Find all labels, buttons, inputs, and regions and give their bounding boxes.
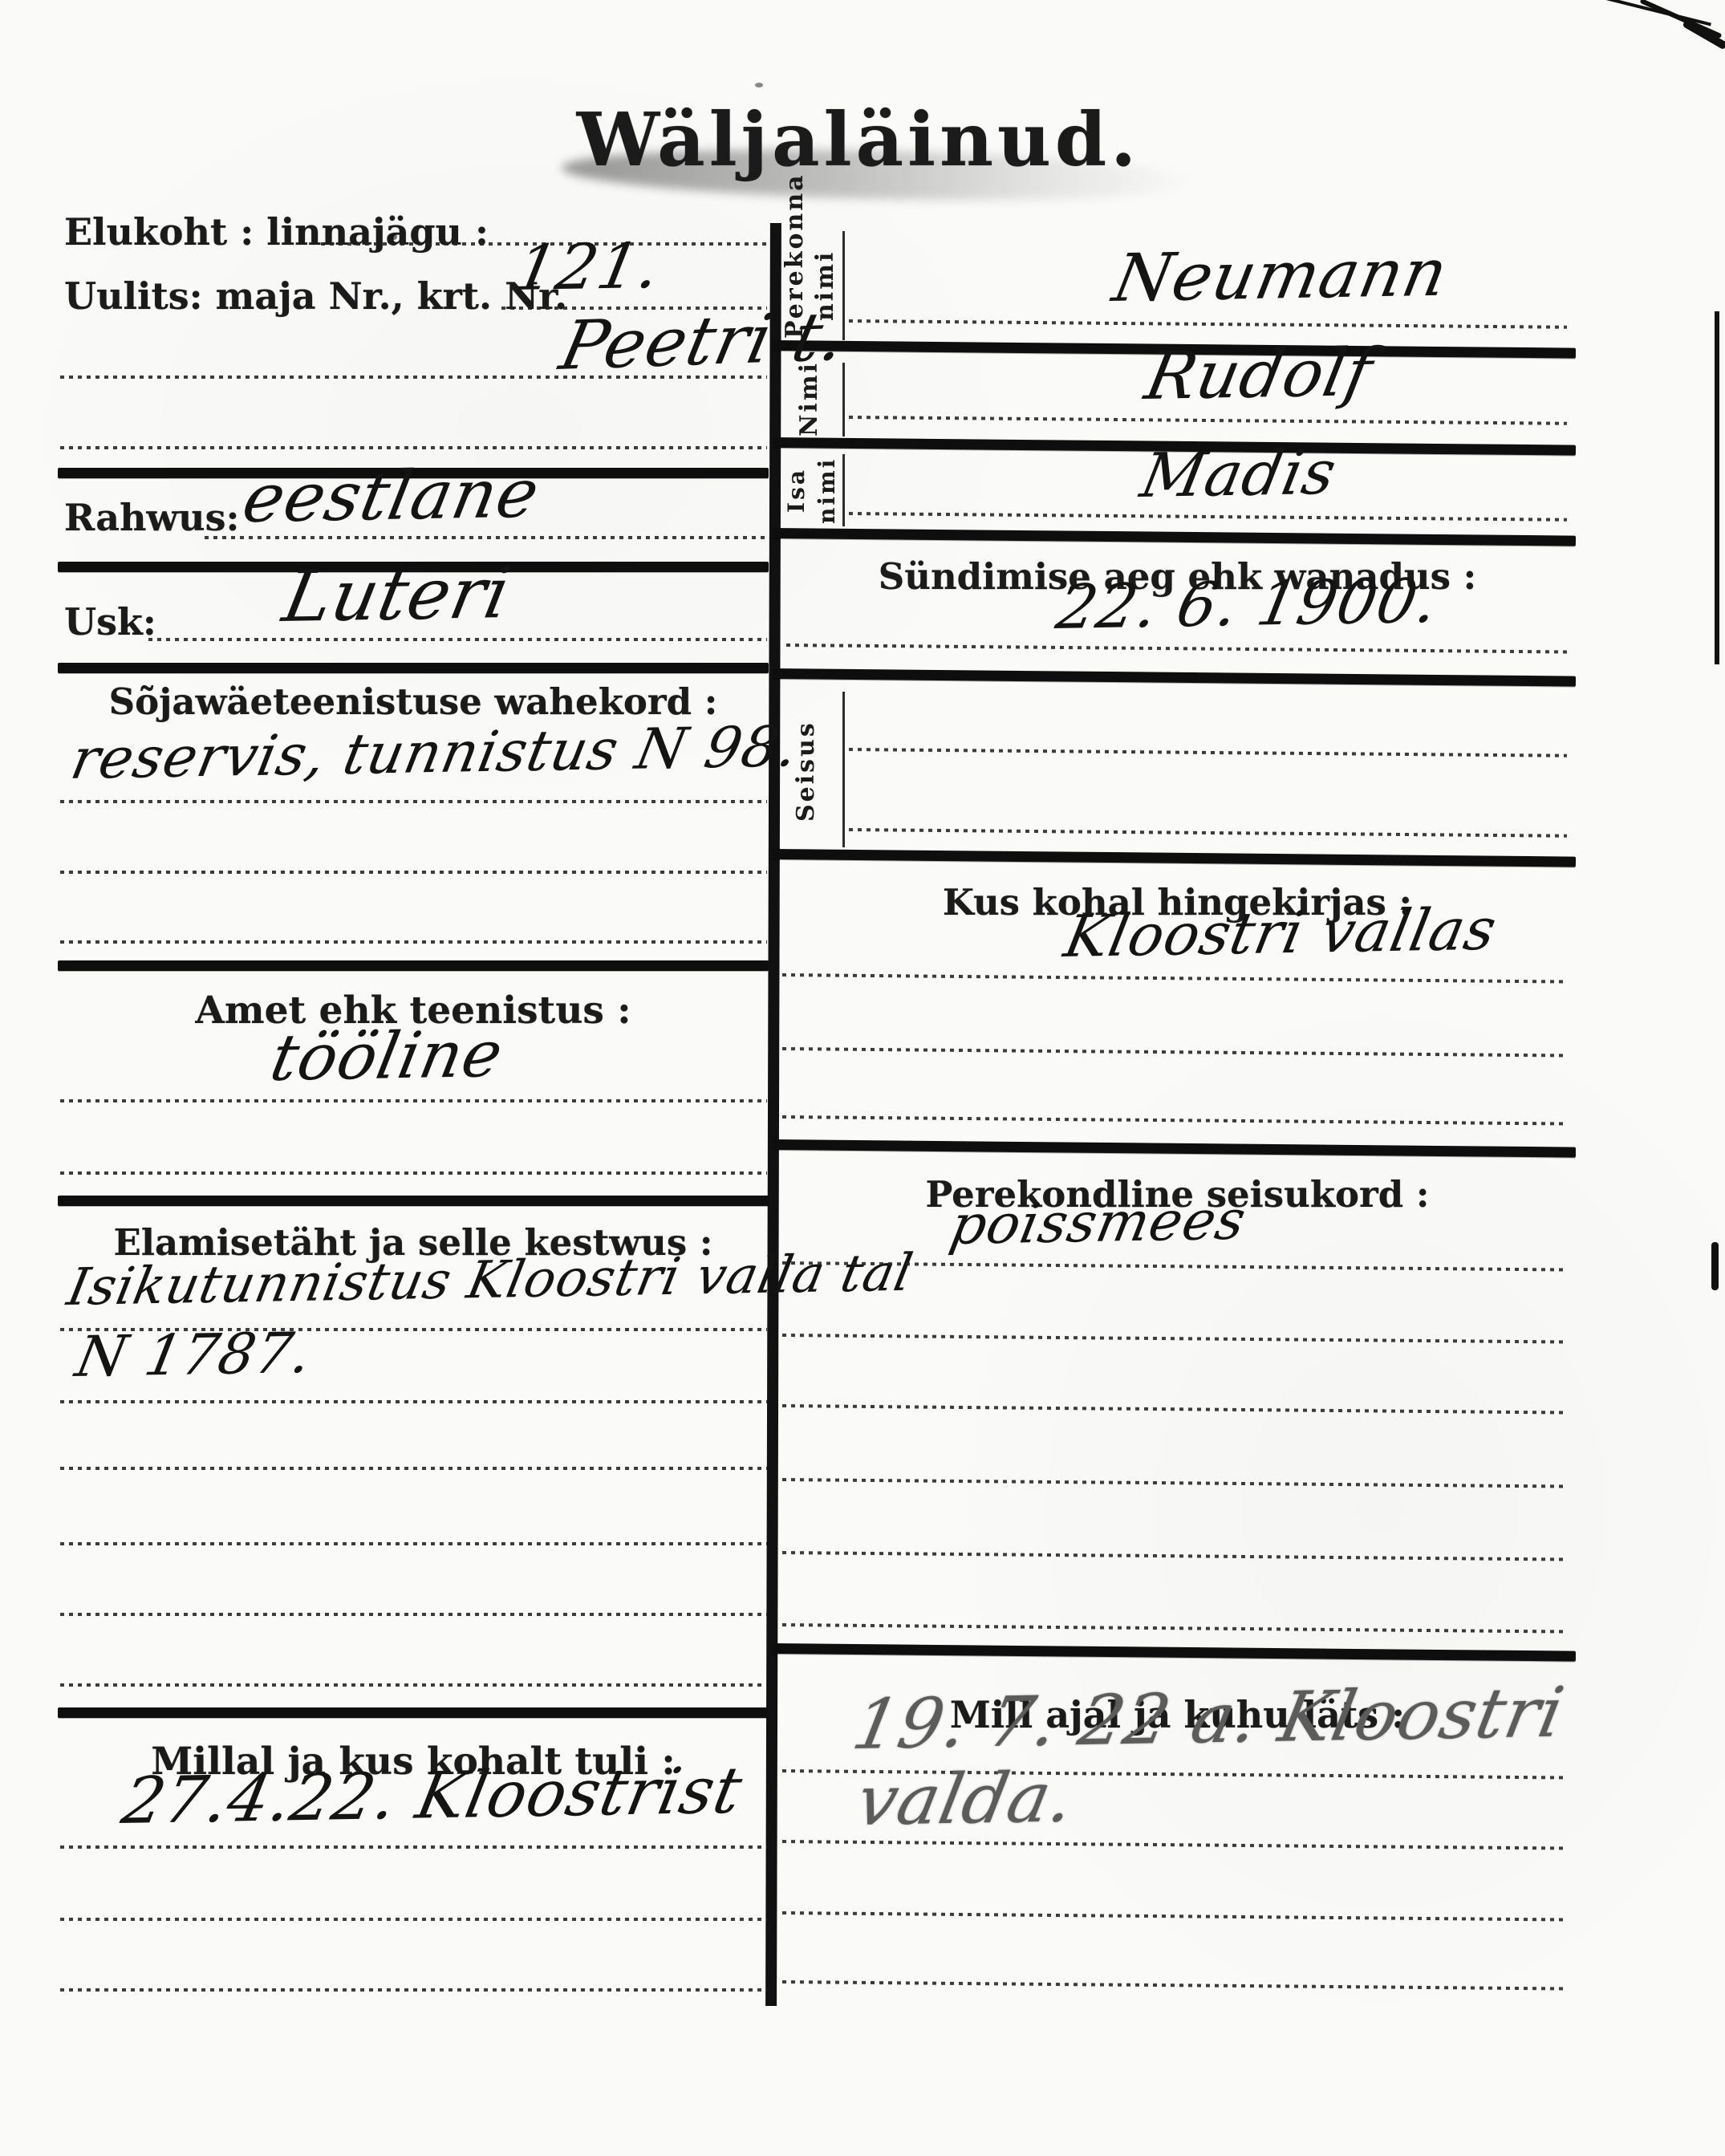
residence-label: Elukoht : linnajägu : (64, 210, 489, 254)
dotted-line (782, 1911, 1567, 1922)
dotted-line (782, 1334, 1567, 1344)
dotted-line (60, 1683, 767, 1687)
first-name-label: Nimi (794, 363, 828, 436)
dotted-line (60, 871, 767, 874)
military-service-handwriting: reservis, tunnistus N 98. (66, 713, 804, 792)
dotted-line (60, 446, 767, 449)
section-divider (772, 849, 1576, 867)
marital-status-handwriting: poissmees (945, 1189, 1252, 1257)
status-label: Seisus (791, 696, 825, 846)
section-divider (58, 1196, 769, 1206)
section-divider (772, 1643, 1576, 1662)
dotted-line (782, 1623, 1567, 1634)
dotted-line (60, 1845, 767, 1849)
scan-artifact (755, 83, 763, 87)
dotted-line (782, 1840, 1567, 1850)
dotted-line (782, 1404, 1567, 1415)
dotted-line (205, 536, 767, 539)
label-rule (842, 692, 845, 847)
dotted-line (60, 1099, 767, 1102)
dotted-line (786, 644, 1567, 653)
dotted-line (782, 1551, 1567, 1561)
dotted-line (60, 940, 767, 944)
section-divider (58, 1707, 769, 1718)
dotted-line (849, 416, 1567, 425)
section-divider (772, 1139, 1576, 1158)
scan-artifact (1715, 311, 1719, 664)
dotted-line (60, 1171, 767, 1175)
birth-handwriting: 22. 6. 1900. (1051, 565, 1444, 643)
dotted-line (60, 1613, 767, 1616)
registration-card-scan: Wäljaläinud. Elukoht : linnajägu : Uulit… (0, 0, 1725, 2156)
section-divider (772, 528, 1576, 546)
dotted-line (60, 1542, 767, 1545)
scan-artifact (391, 233, 397, 240)
dotted-line (60, 1918, 767, 1921)
section-divider (58, 960, 769, 971)
dotted-line (60, 376, 767, 379)
religion-handwriting: Luteri (277, 551, 517, 638)
nationality-label: Rahwus: (64, 496, 239, 539)
family-name-handwriting: Neumann (1107, 235, 1454, 317)
departure-handwriting-line1: 19. 7. 22 a. Kloostri (846, 1673, 1570, 1765)
dotted-line (60, 1400, 767, 1403)
street-label: Uulits: maja Nr., krt. Nr. (64, 274, 567, 318)
section-divider (772, 668, 1576, 687)
dotted-line (849, 828, 1567, 838)
label-rule (842, 363, 845, 436)
dotted-line (782, 1980, 1567, 1991)
family-name-label: Perekonna nimi (780, 233, 842, 339)
dotted-line (60, 1988, 767, 1992)
residence-permit-handwriting-line2: N 1787. (71, 1320, 318, 1390)
section-divider (58, 663, 769, 673)
dotted-line (849, 748, 1567, 757)
occupation-handwriting: tööline (265, 1017, 509, 1095)
dotted-line (849, 319, 1567, 329)
father-name-handwriting: Madis (1135, 436, 1342, 511)
dotted-line (782, 1115, 1567, 1126)
first-name-handwriting: Rudolf (1139, 335, 1379, 415)
religion-label: Usk: (64, 600, 156, 644)
parish-register-handwriting: Kloostri vallas (1059, 895, 1503, 970)
dotted-line (148, 638, 767, 641)
scan-artifact (1711, 1242, 1719, 1290)
column-divider (765, 223, 781, 2006)
nationality-handwriting: eestlane (237, 454, 546, 538)
label-rule (842, 454, 845, 526)
arrival-handwriting: 27.4.22. Kloostrist (116, 1753, 749, 1838)
dotted-line (782, 973, 1567, 984)
dotted-line (782, 1478, 1567, 1488)
dotted-line (60, 1467, 767, 1470)
dotted-line (849, 512, 1567, 522)
page-title: Wäljaläinud. (497, 96, 1220, 183)
departure-handwriting-line2: valda. (850, 1757, 1081, 1841)
father-name-label: Isa nimi (781, 454, 841, 526)
dotted-line (782, 1047, 1567, 1058)
dotted-line (60, 800, 767, 803)
street-number-handwriting: 121. (509, 230, 667, 305)
